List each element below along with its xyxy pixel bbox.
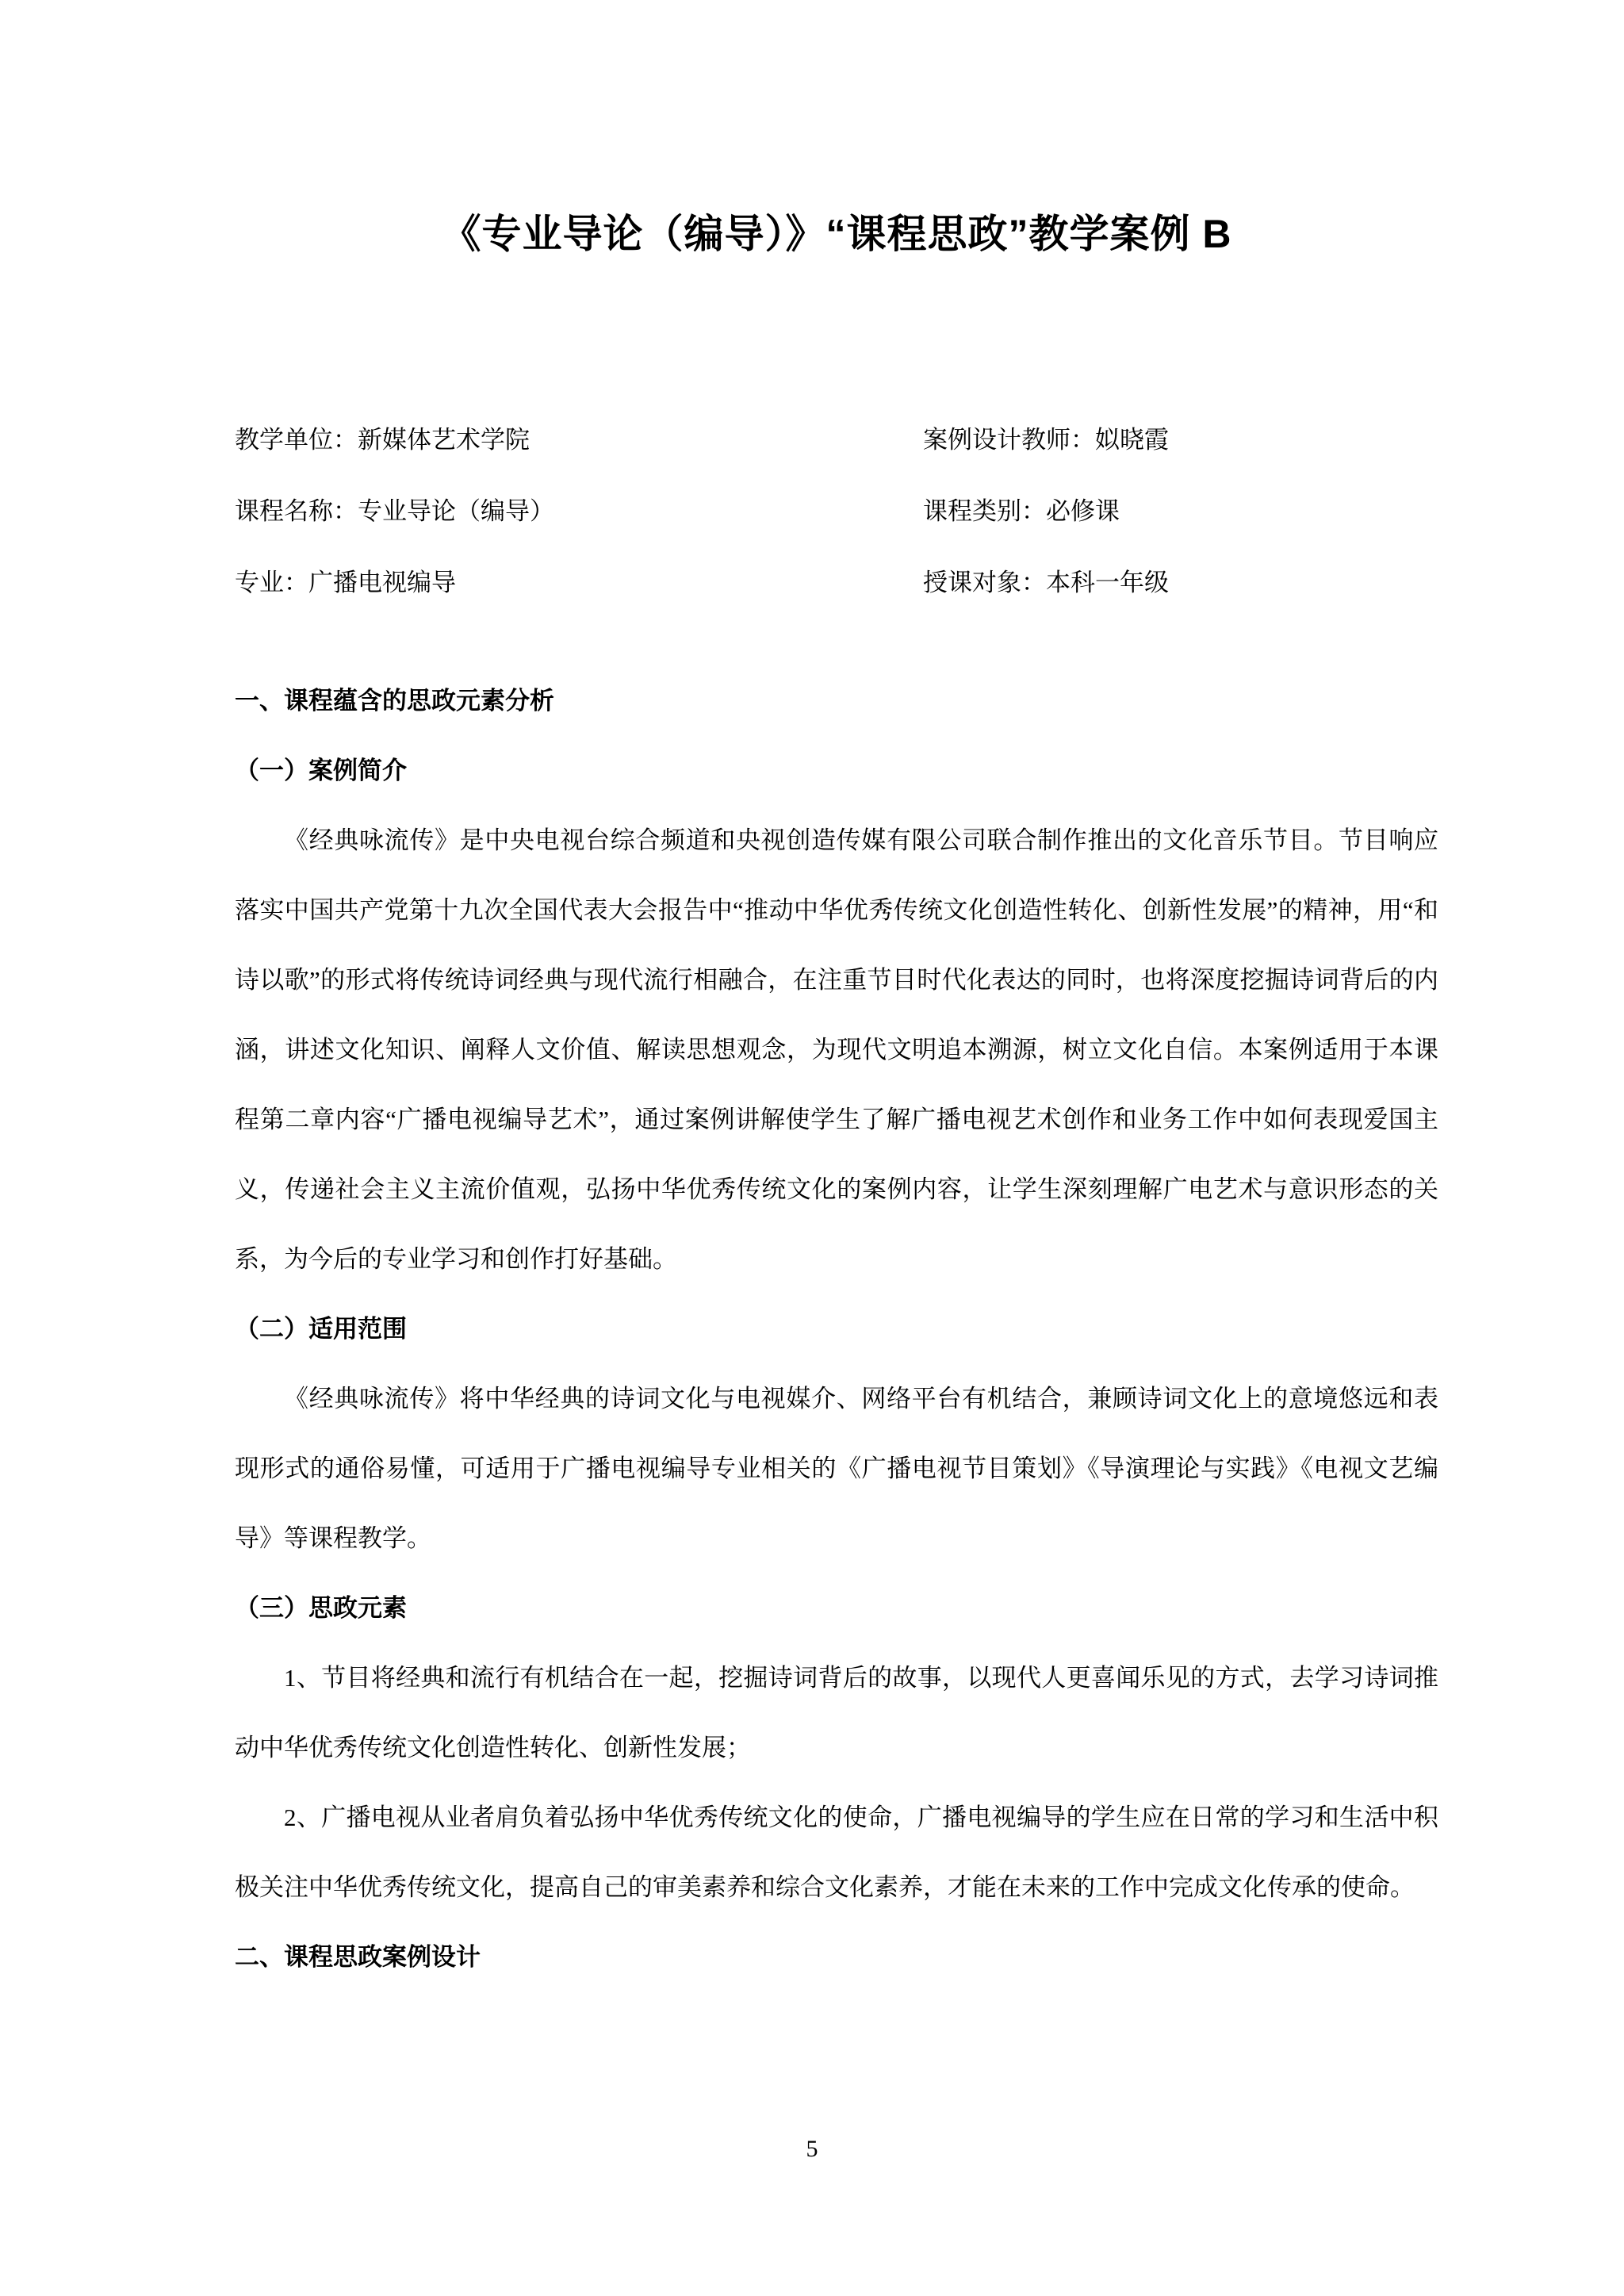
subsection-case-intro-heading: （一）案例简介 xyxy=(235,736,1438,806)
meta-teaching-unit: 教学单位：新媒体艺术学院 xyxy=(235,404,923,476)
meta-case-designer: 案例设计教师：姒晓霞 xyxy=(923,404,1438,476)
meta-row: 专业：广播电视编导 授课对象：本科一年级 xyxy=(235,547,1438,619)
document-page: 《专业导论（编导）》“课程思政”教学案例 B 教学单位：新媒体艺术学院 案例设计… xyxy=(0,0,1624,2296)
section-1-heading: 一、课程蕴含的思政元素分析 xyxy=(235,666,1438,736)
meta-course-name: 课程名称：专业导论（编导） xyxy=(235,476,923,547)
meta-target-students: 授课对象：本科一年级 xyxy=(923,547,1438,619)
meta-block: 教学单位：新媒体艺术学院 案例设计教师：姒晓霞 课程名称：专业导论（编导） 课程… xyxy=(235,404,1438,619)
scope-paragraph: 《经典咏流传》将中华经典的诗词文化与电视媒介、网络平台有机结合，兼顾诗词文化上的… xyxy=(235,1364,1438,1573)
document-title: 《专业导论（编导）》“课程思政”教学案例 B xyxy=(235,208,1438,260)
subsection-scope-heading: （二）适用范围 xyxy=(235,1294,1438,1364)
page-number: 5 xyxy=(0,2136,1624,2163)
meta-row: 课程名称：专业导论（编导） 课程类别：必修课 xyxy=(235,476,1438,547)
element-item-1: 1、节目将经典和流行有机结合在一起，挖掘诗词背后的故事，以现代人更喜闻乐见的方式… xyxy=(235,1643,1438,1783)
meta-major: 专业：广播电视编导 xyxy=(235,547,923,619)
subsection-elements-heading: （三）思政元素 xyxy=(235,1573,1438,1643)
element-item-2: 2、广播电视从业者肩负着弘扬中华优秀传统文化的使命，广播电视编导的学生应在日常的… xyxy=(235,1783,1438,1922)
meta-row: 教学单位：新媒体艺术学院 案例设计教师：姒晓霞 xyxy=(235,404,1438,476)
meta-course-category: 课程类别：必修课 xyxy=(923,476,1438,547)
case-intro-paragraph: 《经典咏流传》是中央电视台综合频道和央视创造传媒有限公司联合制作推出的文化音乐节… xyxy=(235,806,1438,1294)
document-body: 一、课程蕴含的思政元素分析 （一）案例简介 《经典咏流传》是中央电视台综合频道和… xyxy=(235,666,1438,1992)
section-2-heading: 二、课程思政案例设计 xyxy=(235,1922,1438,1992)
